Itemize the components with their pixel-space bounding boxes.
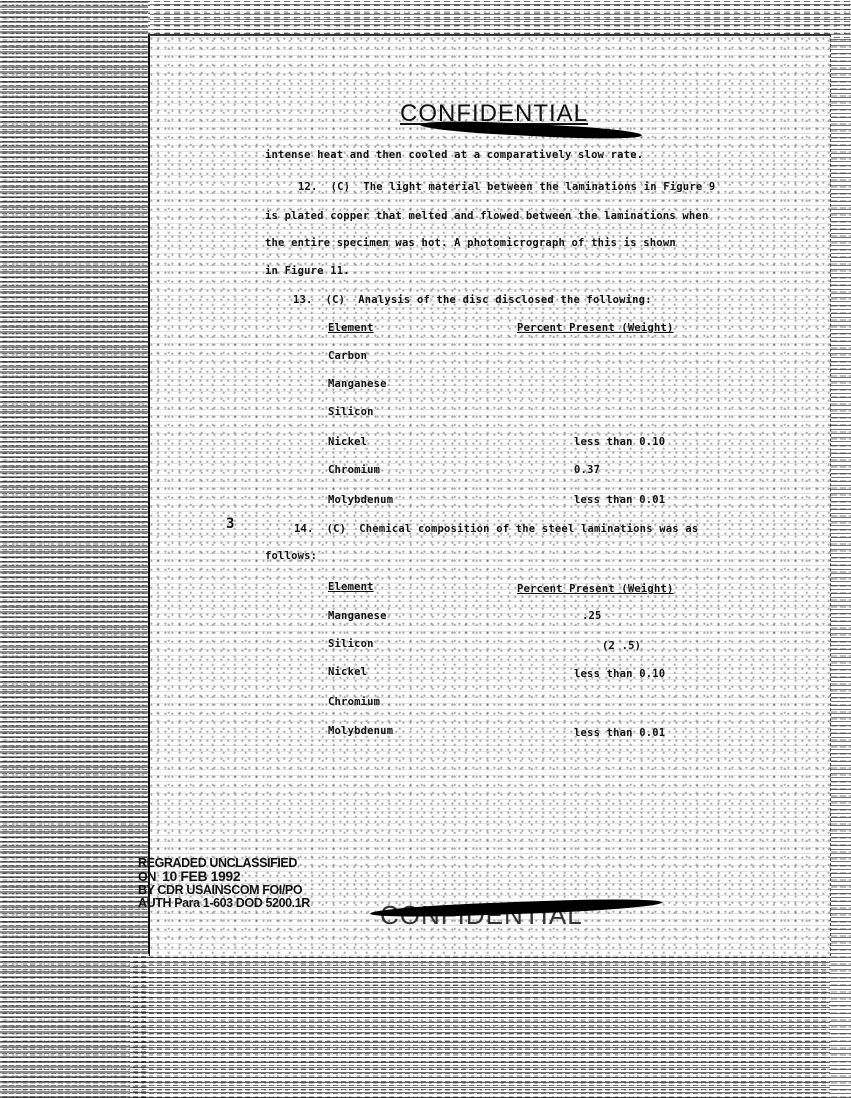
table1-row-element: Molybdenum [328,494,393,506]
classification-marking: (C) [331,181,351,193]
table1-row-element: Manganese [328,378,387,390]
paragraph-number: 13. [293,294,313,306]
regrade-date: 10 FEB 1992 [162,868,240,884]
table2-row-element: Molybdenum [328,725,393,737]
scan-bottom-noise [130,954,830,1098]
regrade-stamp-line-4: AUTH Para 1-603 DOD 5200.1R [138,897,310,910]
table1-row-element: Silicon [328,406,374,418]
table2-row-value: less than 0.01 [574,727,665,739]
document-page [148,34,831,956]
regrade-stamp: REGRADED UNCLASSIFIED ON 10 FEB 1992 BY … [138,857,310,910]
table1-header-percent: Percent Present (Weight) [517,322,674,334]
table2-row-value: (2 .5) [602,640,641,652]
continuation-text: intense heat and then cooled at a compar… [265,149,643,161]
table2-row-element: Nickel [328,666,367,678]
table2-row-element: Manganese [328,610,387,622]
table1-row-element: Nickel [328,436,367,448]
paragraph-14-line-2: follows: [265,550,317,562]
regrade-stamp-line-2: ON 10 FEB 1992 [138,870,310,884]
classification-marking: (C) [327,523,347,535]
paragraph-12-line-3: the entire specimen was hot. A photomicr… [265,237,676,249]
table1-row-element: Chromium [328,464,380,476]
table1-row-value: less than 0.10 [574,436,665,448]
classification-marking: (C) [326,294,346,306]
paragraph-12-line-2: is plated copper that melted and flowed … [265,210,708,222]
table1-row-element: Carbon [328,350,367,362]
paragraph-14-line-1: 14. (C) Chemical composition of the stee… [294,523,698,535]
paragraph-12-line-4: in Figure 11. [265,265,350,277]
table2-row-value: less than 0.10 [574,668,665,680]
paragraph-number: 14. [294,523,314,535]
table1-header-element: Element [328,322,374,334]
scan-left-margin [0,0,148,1098]
paragraph-number: 12. [298,181,318,193]
table2-header-percent: Percent Present (Weight) [517,583,674,595]
table2-row-value: .25 [582,610,602,622]
table1-row-value: less than 0.01 [574,494,665,506]
table2-row-element: Silicon [328,638,374,650]
margin-mark: 3 [226,516,234,532]
paragraph-12-line-1: 12. (C) The light material between the l… [298,181,715,193]
table2-header-element: Element [328,581,374,593]
table1-row-value: 0.37 [574,464,600,476]
table2-row-element: Chromium [328,696,380,708]
paragraph-13: 13. (C) Analysis of the disc disclosed t… [293,294,652,306]
